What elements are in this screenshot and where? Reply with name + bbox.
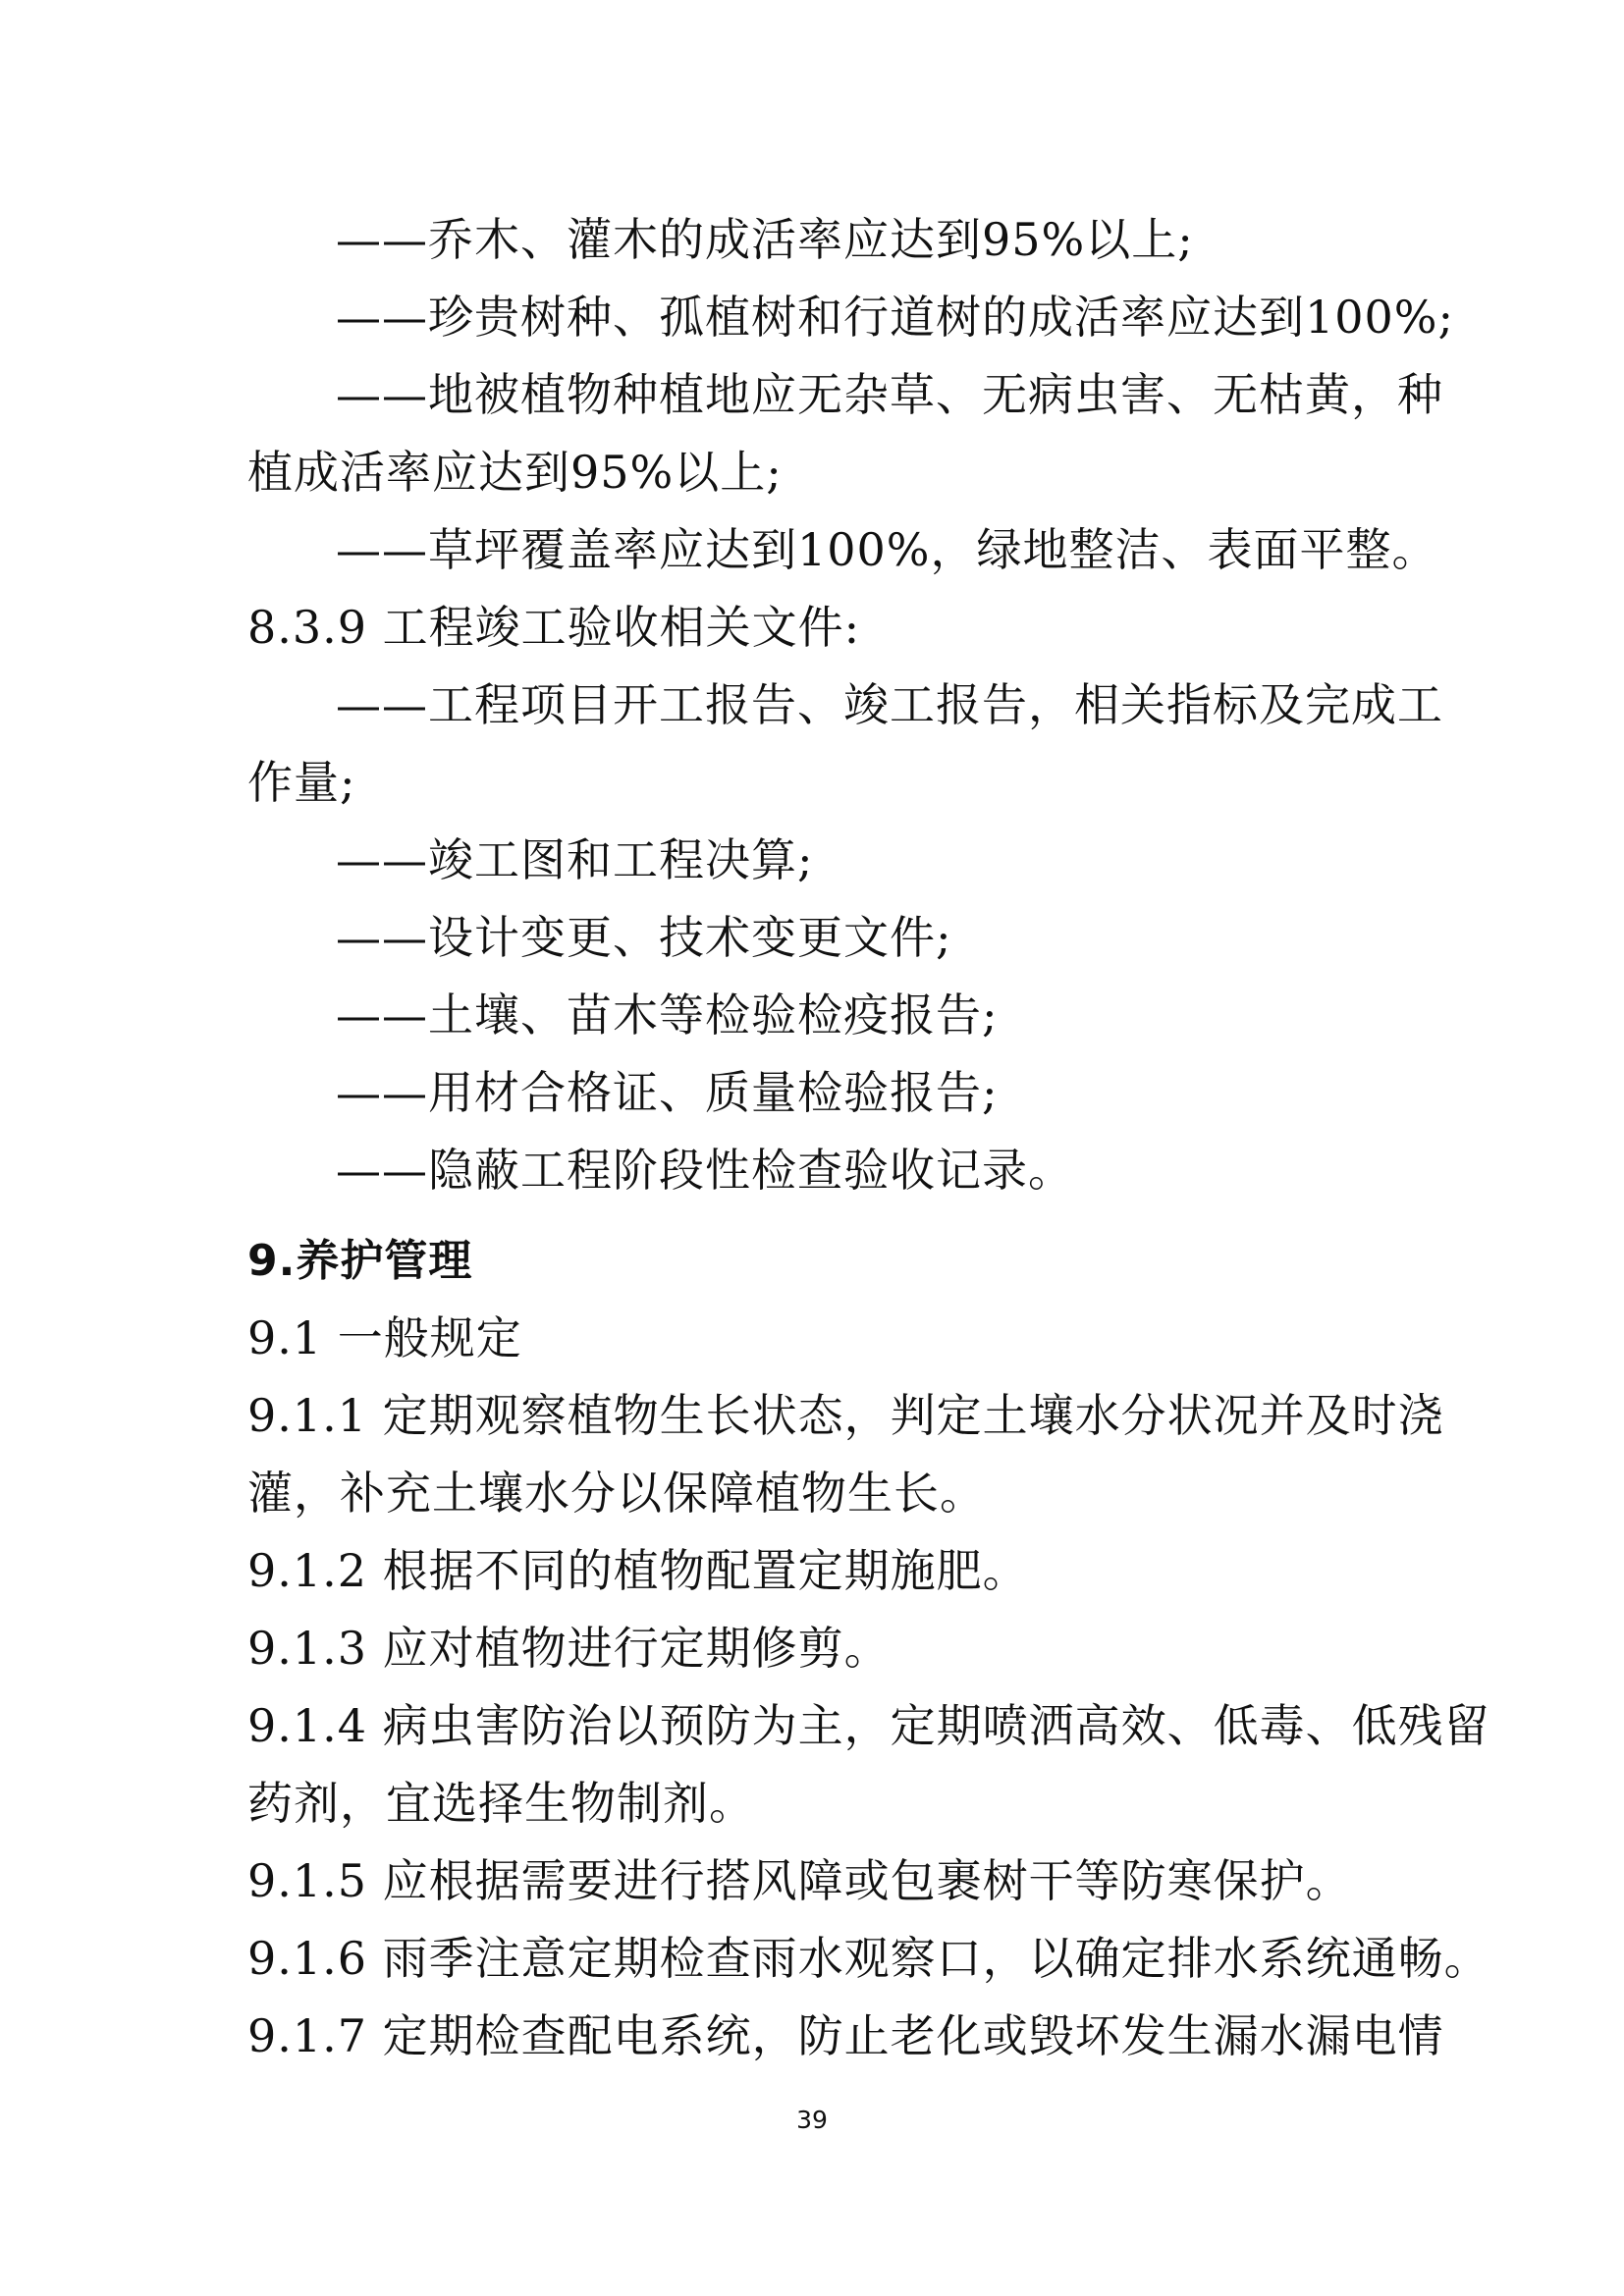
clause-8-3-9: 8.3.9 工程竣工验收相关文件: bbox=[247, 589, 1386, 667]
list-item-lawn-coverage: ——草坪覆盖率应达到100%，绿地整洁、表面平整。 bbox=[336, 511, 1386, 589]
list-item-inspection-reports: ——土壤、苗木等检验检疫报告; bbox=[336, 977, 1386, 1054]
list-item-start-completion-reports-cont: 作量; bbox=[247, 744, 1386, 822]
clause-9-1-6: 9.1.6 雨季注意定期检查雨水观察口，以确定排水系统通畅。 bbox=[247, 1920, 1386, 1998]
list-item-concealed-works-records: ——隐蔽工程阶段性检查验收记录。 bbox=[336, 1132, 1386, 1209]
list-item-design-changes: ——设计变更、技术变更文件; bbox=[336, 899, 1386, 977]
clause-9-1-4-cont: 药剂，宜选择生物制剂。 bbox=[247, 1765, 1386, 1842]
list-item-ground-cover-cont: 植成活率应达到95%以上; bbox=[247, 434, 1386, 511]
list-item-rare-tree-survival: ——珍贵树种、孤植树和行道树的成活率应达到100%; bbox=[336, 279, 1386, 356]
clause-9-1-1: 9.1.1 定期观察植物生长状态，判定土壤水分状况并及时浇 bbox=[247, 1377, 1386, 1455]
clause-9-1-3: 9.1.3 应对植物进行定期修剪。 bbox=[247, 1610, 1386, 1687]
clause-9-1-2: 9.1.2 根据不同的植物配置定期施肥。 bbox=[247, 1532, 1386, 1610]
subsection-heading-general: 9.1 一般规定 bbox=[247, 1300, 1386, 1377]
list-item-start-completion-reports: ——工程项目开工报告、竣工报告，相关指标及完成工 bbox=[336, 667, 1386, 744]
clause-9-1-1-cont: 灌，补充土壤水分以保障植物生长。 bbox=[247, 1455, 1386, 1532]
clause-9-1-4: 9.1.4 病虫害防治以预防为主，定期喷洒高效、低毒、低残留 bbox=[247, 1687, 1386, 1765]
clause-9-1-5: 9.1.5 应根据需要进行搭风障或包裹树干等防寒保护。 bbox=[247, 1842, 1386, 1920]
document-page: ——乔木、灌木的成活率应达到95%以上; ——珍贵树种、孤植树和行道树的成活率应… bbox=[0, 0, 1624, 2296]
section-heading-maintenance: 9.养护管理 bbox=[247, 1222, 1386, 1300]
list-item-material-certificates: ——用材合格证、质量检验报告; bbox=[336, 1054, 1386, 1132]
page-number: 39 bbox=[0, 2106, 1624, 2134]
list-item-as-built-drawings: ——竣工图和工程决算; bbox=[336, 822, 1386, 899]
list-item-tree-survival: ——乔木、灌木的成活率应达到95%以上; bbox=[336, 201, 1386, 279]
list-item-ground-cover: ——地被植物种植地应无杂草、无病虫害、无枯黄，种 bbox=[336, 356, 1386, 434]
clause-9-1-7: 9.1.7 定期检查配电系统，防止老化或毁坏发生漏水漏电情 bbox=[247, 1998, 1386, 2075]
